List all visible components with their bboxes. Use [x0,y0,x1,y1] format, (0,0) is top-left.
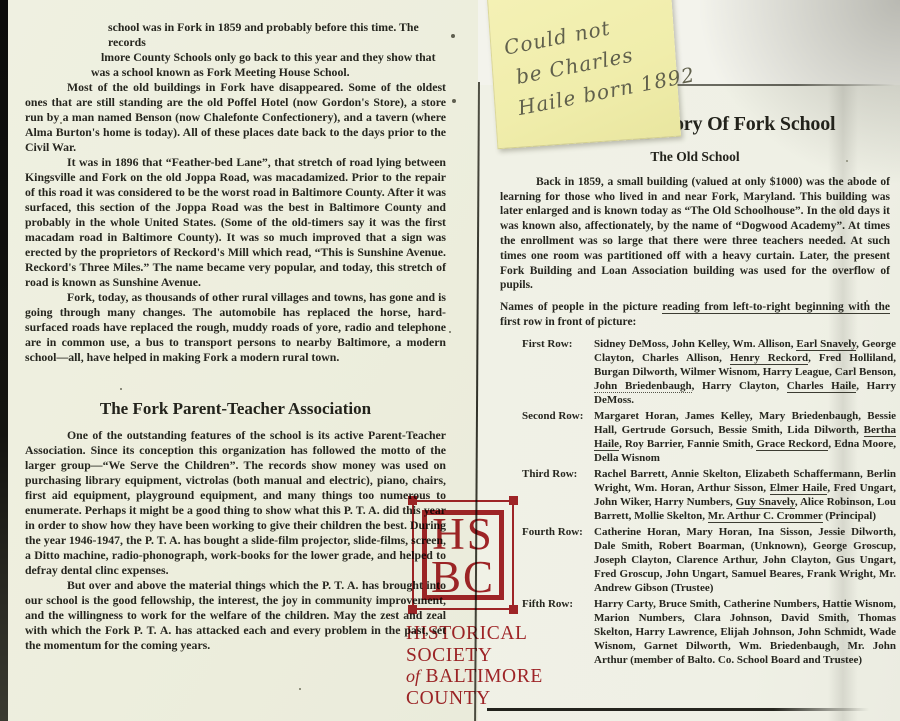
section-heading: The Fork Parent-Teacher Association [25,399,446,419]
photo-row: Fifth Row:Harry Carty, Bruce Smith, Cath… [522,597,896,667]
person-name: John Kelley [672,338,727,350]
paragraph: One of the outstanding features of the s… [25,428,446,578]
person-name: Dale Smith [594,540,650,552]
person-name: Robert Boarman [659,540,742,552]
person-name: Bruce Smith [659,598,718,610]
person-name: Roy Barrier [625,438,681,450]
photo-rows: First Row:Sidney DeMoss, John Kelley, Wm… [522,337,896,667]
person-name: Gus Ungart [836,554,893,566]
handwritten-note-text: Could not be Charles Haile born 1892 [501,0,697,124]
person-name: Mr. Arthur C. Crommer [708,510,823,523]
wordmark-line: of BALTIMORE [406,666,566,688]
person-name: Gertrude Gorsuch [622,424,711,436]
row-label: Second Row: [522,409,583,423]
row-names: Catherine Horan, Mary Horan, Ina Sisson,… [594,525,896,595]
row-names: Harry Carty, Bruce Smith, Catherine Numb… [594,597,896,667]
person-name: Harry Lawrence [636,626,715,638]
person-name: Earl Snavely [796,338,856,351]
person-name: (Unknown) [751,540,804,552]
hsbc-monogram-box: HS BC [408,496,518,614]
paragraph: Most of the old buildings in Fork have d… [25,80,446,155]
person-name: Marion Numbers [594,612,682,624]
wordmark-line-text: BALTIMORE [426,666,543,687]
intro-text: first row in front of picture: [500,316,636,328]
paragraph: But over and above the material things w… [25,578,446,653]
person-name: Edna Moore [834,438,893,450]
person-name: Charles Haile [787,380,856,393]
person-name: Catherine Numbers [723,598,816,610]
person-name: Fred Groscup [594,568,660,580]
paragraph: Back in 1859, a small building (valued a… [500,175,890,293]
person-name: Grace Reckord [756,438,828,451]
names-intro: Names of people in the picture reading f… [500,300,890,330]
row-label: Third Row: [522,467,577,481]
person-name: John Wiker [594,496,649,508]
person-name: Wm. Allison [733,338,791,350]
person-name: Della Wisnom [594,452,660,464]
person-name: Mollie Skelton [634,510,702,522]
person-name: Harry League [763,366,829,378]
person-name: Ina Sisson [758,526,809,538]
person-name: Rachel Barrett [594,468,665,480]
paragraph-line: lmore County Schools only go back to thi… [25,50,446,65]
person-name: Clara Johnson [694,612,769,624]
person-name: James Kelley [685,410,750,422]
person-name: Alice Robinson [800,496,871,508]
person-name: Fannie Smith [687,438,751,450]
photo-row: Fourth Row:Catherine Horan, Mary Horan, … [522,525,896,595]
row-label: First Row: [522,337,572,351]
paragraph-line: school was in Fork in 1859 and probably … [25,20,446,50]
person-name: John Clayton [763,554,828,566]
person-name: Elijah Johnson [720,626,791,638]
row-names: Sidney DeMoss, John Kelley, Wm. Allison,… [594,337,896,407]
person-name: Clarence Arthur [676,554,755,566]
person-name: Frank Wright [807,568,873,580]
wordmark-line: SOCIETY [406,645,566,667]
sticky-note: Could not be Charles Haile born 1892 [487,0,681,149]
person-name: Wm. Briedenbaugh [739,640,837,652]
wordmark-line: COUNTY [406,688,566,710]
person-name: Arthur Sisson [697,482,763,494]
paragraph: It was in 1896 that “Feather-bed Lane”, … [25,155,446,290]
person-name: Wm. Horan [634,482,691,494]
person-name: Mary Briedenbaugh [759,410,858,422]
person-name: Burgan Dilworth [594,366,674,378]
person-name: Catherine Horan [594,526,678,538]
hsbc-monogram: HS BC [408,498,518,614]
row-names: Margaret Horan, James Kelley, Mary Bried… [594,409,896,465]
person-name: George Groscup [813,540,894,552]
person-name: Mary Horan [686,526,749,538]
person-name: Margaret Horan [594,410,676,422]
person-name: Samuel Beares [731,568,801,580]
paragraph-line: was a school known as Fork Meeting House… [25,65,446,80]
person-name: Joseph Clayton [594,554,669,566]
row-names: Rachel Barrett, Annie Skelton, Elizabeth… [594,467,896,523]
person-name: Elmer Haile [770,482,828,495]
monogram-line: HS [432,513,494,556]
person-name: Charles Allison [642,352,719,364]
person-name: Wilmer Wisnom [680,366,757,378]
person-name: Fred Holliland [819,352,893,364]
person-name: Carl Benson [835,366,893,378]
hsbc-stamp: HS BC HISTORICAL SOCIETY of BALTIMORE CO… [406,496,566,709]
photo-row: Third Row:Rachel Barrett, Annie Skelton,… [522,467,896,523]
person-name: Guy Snavely [736,496,795,509]
photo-row: Second Row:Margaret Horan, James Kelley,… [522,409,896,465]
scan-left-edge [0,0,8,721]
hsbc-wordmark: HISTORICAL SOCIETY of BALTIMORE COUNTY [406,623,566,709]
person-name: John Briedenbaugh [594,380,692,393]
person-name: (Principal) [825,510,876,522]
person-name: Jessie Dilworth [818,526,893,538]
person-name: Harry Numbers [654,496,730,508]
photo-row: First Row:Sidney DeMoss, John Kelley, Wm… [522,337,896,407]
paragraph: Fork, today, as thousands of other rural… [25,290,446,365]
person-name: Harry Carty [594,598,653,610]
left-page-content: school was in Fork in 1859 and probably … [25,20,446,653]
person-name: Lida Dilworth [787,424,856,436]
intro-text: Names of people in the picture [500,301,662,313]
wordmark-line: HISTORICAL [406,623,566,645]
person-name: Harry Clayton [702,380,776,392]
scan-specks [0,0,2,2]
person-name: Sidney DeMoss [594,338,666,350]
person-name: John Schmidt [798,626,864,638]
person-name: Henry Reckord [730,352,808,365]
person-name: Elizabeth Schaffermann [745,468,860,480]
paragraph: school was in Fork in 1859 and probably … [25,20,446,80]
person-name: David Smith [781,612,846,624]
scanned-document: school was in Fork in 1859 and probably … [0,0,900,721]
monogram-line: BC [431,556,495,599]
wordmark-of: of [406,666,420,686]
person-name: John Ungart [666,568,726,580]
person-name: Hattie Wisnom [822,598,893,610]
person-name: Annie Skelton [671,468,738,480]
person-name: Garnet Dilworth [644,640,728,652]
intro-underlined-text: reading from left-to-right beginning wit… [662,301,890,314]
page-subtitle: The Old School [500,150,890,165]
person-name: Bessie Smith [718,424,780,436]
person-name: Fred Ungart [834,482,894,494]
